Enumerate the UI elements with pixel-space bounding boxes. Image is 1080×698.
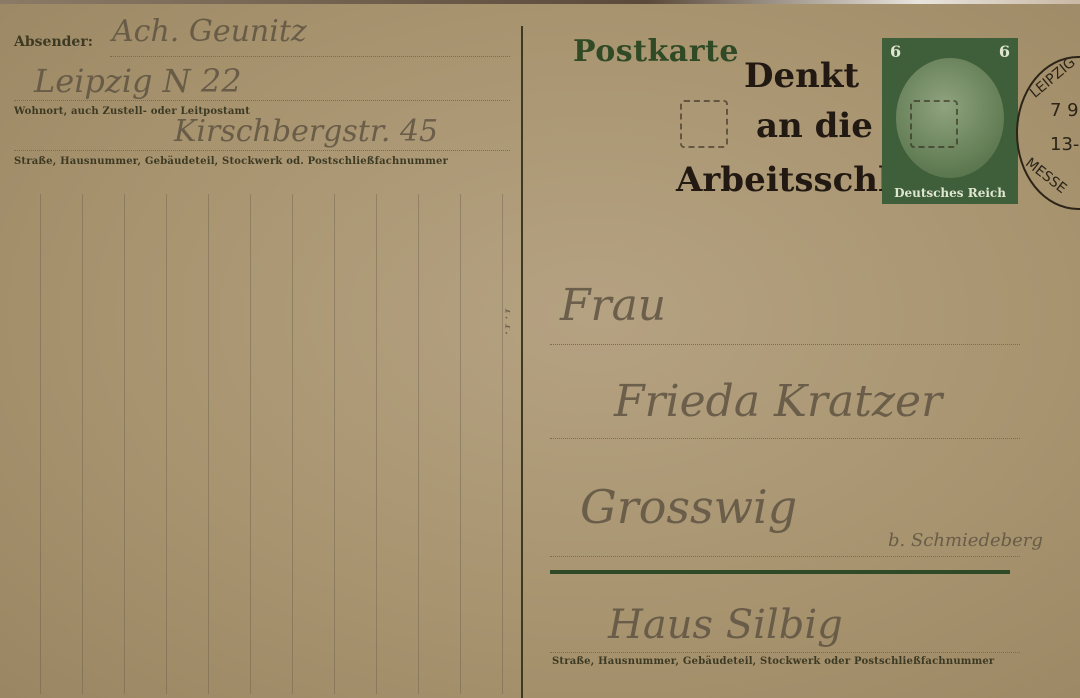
stamp-value-left: 6	[890, 42, 901, 61]
recipient-line-4: Haus Silbig	[608, 602, 843, 648]
stamp-value-right: 6	[999, 42, 1010, 61]
card-divider	[521, 26, 523, 698]
dotted-line	[14, 100, 510, 101]
recipient-line-3-suffix: b. Schmiedeberg	[888, 530, 1043, 551]
postkarte-label: Postkarte	[573, 34, 739, 69]
strasse-label-recipient: Straße, Hausnummer, Gebäudeteil, Stockwe…	[552, 656, 994, 667]
handwritten-message: P. P.	[10, 194, 510, 694]
dotted-line	[550, 438, 1020, 439]
recipient-line-3: Grosswig	[580, 480, 797, 534]
cancel-emblem-placeholder	[680, 100, 728, 148]
dotted-line	[110, 56, 510, 57]
postage-stamp: 6 6 Deutsches Reich	[882, 38, 1018, 204]
postmark-date: 7 9	[1050, 100, 1079, 121]
absender-label: Absender:	[14, 34, 93, 50]
dotted-line	[550, 652, 1020, 653]
slogan-line-2: an die	[756, 106, 873, 146]
postmark-time: 13-	[1050, 134, 1079, 155]
postcard: Absender: Ach. Geunitz Leipzig N 22 Wohn…	[0, 4, 1080, 698]
street-handwritten: Kirschbergstr. 45	[174, 114, 438, 149]
message-script-lines	[10, 194, 510, 694]
cancel-emblem-placeholder	[910, 100, 958, 148]
slogan-line-1: Denkt	[744, 56, 859, 96]
message-initials: P. P.	[501, 309, 510, 336]
recipient-line-1: Frau	[560, 280, 666, 331]
recipient-line-2: Frieda Kratzer	[614, 376, 942, 427]
absender-handwritten: Ach. Geunitz	[112, 14, 307, 49]
dotted-line	[550, 556, 1020, 557]
dotted-line	[550, 344, 1020, 345]
city-handwritten: Leipzig N 22	[34, 62, 242, 100]
green-rule	[550, 570, 1010, 574]
dotted-line	[14, 150, 510, 151]
strasse-label-sender: Straße, Hausnummer, Gebäudeteil, Stockwe…	[14, 156, 448, 167]
stamp-inscription: Deutsches Reich	[882, 186, 1018, 200]
